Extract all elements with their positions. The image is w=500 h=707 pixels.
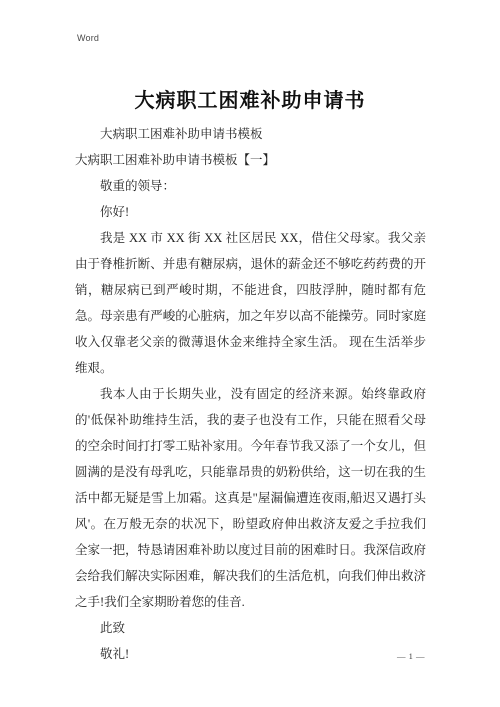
paragraph: 你好! bbox=[75, 199, 426, 225]
paragraph: 我本人由于长期失业，没有固定的经济来源。始终靠政府的'低保补助维持生活，我的妻子… bbox=[75, 381, 426, 615]
document-page: Word 大病职工困难补助申请书 大病职工困难补助申请书模板大病职工困难补助申请… bbox=[0, 0, 500, 707]
paragraph: 敬礼! bbox=[75, 641, 426, 667]
word-app-label: Word bbox=[77, 33, 99, 43]
document-body: 大病职工困难补助申请书模板大病职工困难补助申请书模板【一】敬重的领导：你好!我是… bbox=[75, 121, 426, 667]
paragraph: 大病职工困难补助申请书模板【一】 bbox=[75, 147, 426, 173]
paragraph: 此致 bbox=[75, 615, 426, 641]
paragraph: 我是 XX 市 XX 街 XX 社区居民 XX，借住父母家。我父亲由于脊椎折断、… bbox=[75, 225, 426, 381]
page-number: — 1 — bbox=[397, 651, 425, 661]
paragraph: 大病职工困难补助申请书模板 bbox=[75, 121, 426, 147]
paragraph: 敬重的领导： bbox=[75, 173, 426, 199]
document-title: 大病职工困难补助申请书 bbox=[0, 88, 500, 114]
